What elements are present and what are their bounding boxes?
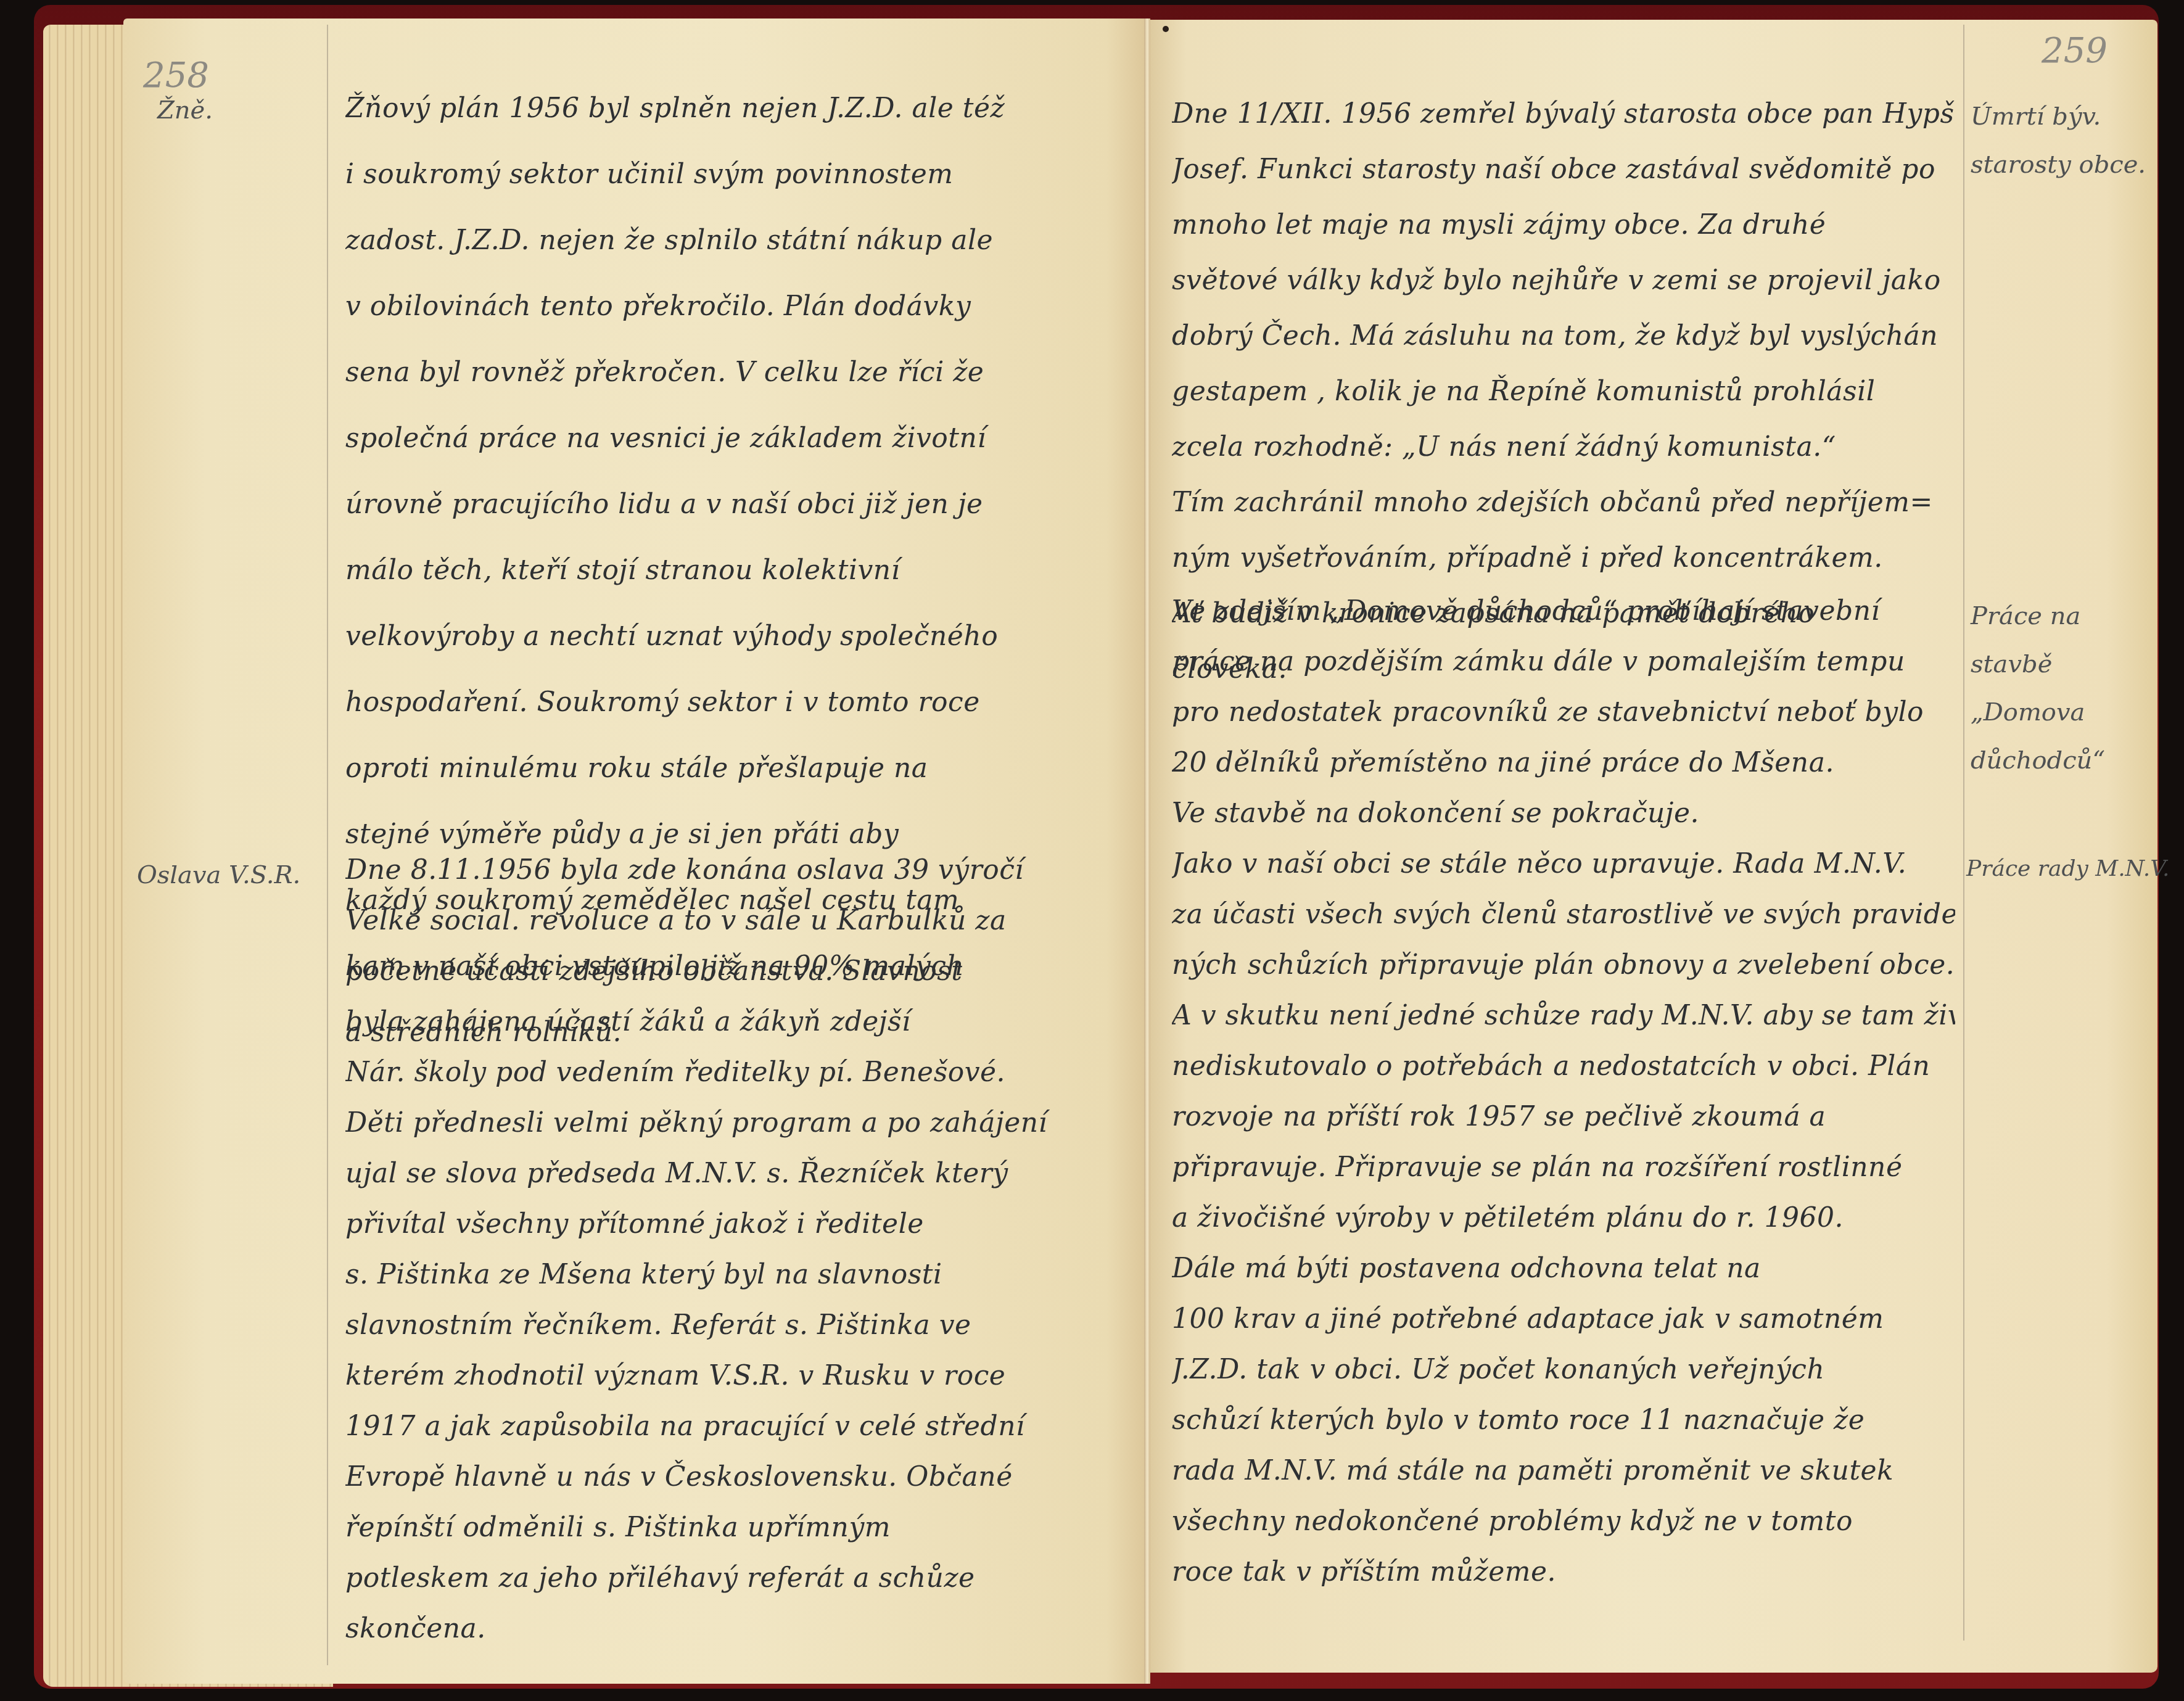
margin-label-death-former-mayor: Úmrtí býv. starosty obce. [1971, 93, 2149, 189]
margin-label-vsr-celebration: Oslava V.S.R. [137, 851, 300, 899]
text-line: oproti minulému roku stále přešlapuje na [345, 735, 1135, 801]
text-line: nediskutovalo o potřebách a nedostatcích… [1172, 1041, 1955, 1092]
text-line: sena byl rovněž překročen. V celku lze ř… [345, 339, 1135, 405]
text-line: a živočišné výroby v pětiletém plánu do … [1172, 1193, 1955, 1243]
text-line: všechny nedokončené problémy když ne v t… [1172, 1496, 1955, 1547]
text-line: ujal se slova předseda M.N.V. s. Řezníče… [345, 1148, 1135, 1199]
text-line: potleskem za jeho přiléhavý referát a sc… [345, 1553, 1135, 1604]
text-line: Dále má býti postavena odchovna telat na [1172, 1243, 1955, 1294]
text-line: mnoho let maje na mysli zájmy obce. Za d… [1172, 197, 1955, 253]
text-line: zadost. J.Z.D. nejen že splnilo státní n… [345, 207, 1135, 273]
margin-label-retirement-home-construction: Práce na stavbě „Domova důchodců“ [1971, 592, 2156, 785]
text-line: skončena. [345, 1604, 1135, 1654]
text-line: slavnostním řečníkem. Referát s. Pištink… [345, 1300, 1135, 1351]
left-margin-rule [327, 25, 328, 1665]
text-line: početné účasti zdejšího občanstva. Slavn… [345, 946, 1135, 997]
text-line: za účasti všech svých členů starostlivě … [1172, 889, 1955, 940]
text-line: schůzí kterých bylo v tomto roce 11 nazn… [1172, 1395, 1955, 1446]
text-line: gestapem , kolik je na Řepíně komunistů … [1172, 364, 1955, 419]
text-line: kterém zhodnotil význam V.S.R. v Rusku v… [345, 1351, 1135, 1401]
text-line: Dne 8.11.1956 byla zde konána oslava 39 … [345, 845, 1135, 896]
text-line: ným vyšetřováním, případně i před koncen… [1172, 530, 1955, 586]
text-line: hospodaření. Soukromý sektor i v tomto r… [345, 669, 1135, 735]
text-line: Josef. Funkci starosty naší obce zastáva… [1172, 142, 1955, 197]
text-line: dobrý Čech. Má zásluhu na tom, že když b… [1172, 308, 1955, 364]
text-line: s. Pištinka ze Mšena který byl na slavno… [345, 1250, 1135, 1300]
text-line: 100 krav a jiné potřebné adaptace jak v … [1172, 1294, 1955, 1345]
text-line: Žňový plán 1956 byl splněn nejen J.Z.D. … [345, 75, 1135, 141]
entry-council-work: Jako v naší obci se stále něco upravuje.… [1172, 839, 1955, 1597]
text-line: rada M.N.V. má stále na paměti proměnit … [1172, 1446, 1955, 1496]
text-line: rozvoje na příští rok 1957 se pečlivě zk… [1172, 1092, 1955, 1142]
entry-vsr-celebration: Dne 8.11.1956 byla zde konána oslava 39 … [345, 845, 1135, 1654]
text-line: 1917 a jak zapůsobila na pracující v cel… [345, 1401, 1135, 1452]
ink-fleck [1163, 26, 1169, 32]
text-line: světové války když bylo nejhůře v zemi s… [1172, 253, 1955, 308]
text-line: málo těch, kteří stojí stranou kolektivn… [345, 537, 1135, 603]
text-line: velkovýroby a nechtí uznat výhody společ… [345, 603, 1135, 669]
text-line: i soukromý sektor učinil svým povinnoste… [345, 141, 1135, 207]
text-line: Ve zdejším „Domově důchodců“ probíhají s… [1172, 586, 1955, 636]
text-line: Jako v naší obci se stále něco upravuje.… [1172, 839, 1955, 889]
text-line: připravuje. Připravuje se plán na rozšíř… [1172, 1142, 1955, 1193]
text-line: A v skutku není jedné schůze rady M.N.V.… [1172, 991, 1955, 1041]
text-line: zcela rozhodně: „U nás není žádný komuni… [1172, 419, 1955, 475]
text-line: práce na pozdějším zámku dále v pomalejš… [1172, 636, 1955, 687]
margin-label-council-work: Práce rady M.N.V. [1966, 845, 2169, 893]
text-line: řepínští odměnili s. Pištinka upřímným [345, 1502, 1135, 1553]
text-line: Ve stavbě na dokončení se pokračuje. [1172, 788, 1955, 839]
text-line: 20 dělníků přemístěno na jiné práce do M… [1172, 738, 1955, 788]
text-line: Nár. školy pod vedením ředitelky pí. Ben… [345, 1047, 1135, 1098]
entry-retirement-home-construction: Ve zdejším „Domově důchodců“ probíhají s… [1172, 586, 1955, 839]
text-line: v obilovinách tento překročilo. Plán dod… [345, 273, 1135, 339]
right-margin-rule [1963, 25, 1964, 1641]
text-line: pro nedostatek pracovníků ze stavebnictv… [1172, 687, 1955, 738]
text-line: ných schůzích připravuje plán obnovy a z… [1172, 940, 1955, 991]
margin-label-harvest: Žně. [157, 86, 213, 134]
text-line: Děti přednesli velmi pěkný program a po … [345, 1098, 1135, 1148]
text-line: Velké social. revoluce a to v sále u Kar… [345, 896, 1135, 946]
right-page-number: 259 [2042, 31, 2108, 71]
text-line: Tím zachránil mnoho zdejších občanů před… [1172, 475, 1955, 530]
text-line: Dne 11/XII. 1956 zemřel bývalý starosta … [1172, 86, 1955, 142]
text-line: Evropě hlavně u nás v Československu. Ob… [345, 1452, 1135, 1502]
text-line: společná práce na vesnici je základem ži… [345, 405, 1135, 471]
book-gutter [1144, 19, 1150, 1684]
text-line: úrovně pracujícího lidu a v naší obci ji… [345, 471, 1135, 537]
text-line: J.Z.D. tak v obci. Už počet konaných veř… [1172, 1345, 1955, 1395]
text-line: byla zahájena účastí žáků a žákyň zdejší [345, 997, 1135, 1047]
text-line: přivítal všechny přítomné jakož i ředite… [345, 1199, 1135, 1250]
text-line: roce tak v příštím můžeme. [1172, 1547, 1955, 1597]
